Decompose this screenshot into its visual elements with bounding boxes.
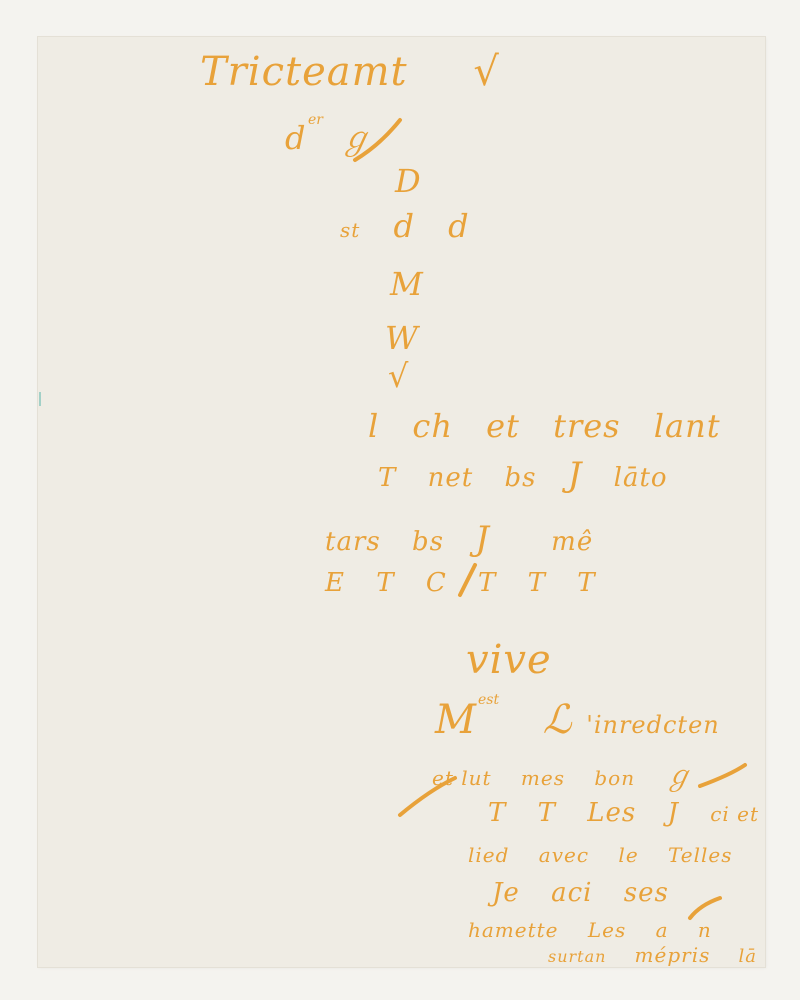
word: net bbox=[428, 465, 474, 491]
word: C bbox=[426, 570, 447, 596]
word: T bbox=[538, 800, 556, 826]
word: d bbox=[393, 210, 414, 242]
word: le bbox=[618, 845, 638, 865]
handwriting-line-7: √ bbox=[388, 360, 409, 392]
word: tars bbox=[325, 529, 381, 555]
word: mépris bbox=[635, 945, 711, 965]
handwriting-line-5: M bbox=[390, 268, 424, 300]
superscript: est bbox=[478, 692, 499, 708]
word: M bbox=[390, 268, 424, 300]
handwriting-line-14: et lut mes bon ℊ bbox=[432, 762, 693, 790]
word: 'inredcten bbox=[586, 713, 720, 737]
word: tres bbox=[553, 410, 621, 442]
word: ci et bbox=[710, 804, 759, 824]
word: bon bbox=[594, 768, 635, 788]
word: lied bbox=[468, 845, 509, 865]
word: M bbox=[435, 700, 477, 740]
word: J bbox=[475, 522, 490, 556]
word: et lut bbox=[432, 768, 492, 788]
word: a bbox=[656, 920, 669, 940]
word: lāto bbox=[614, 465, 668, 491]
handwriting-line-15: T T Les J ci et bbox=[488, 800, 759, 826]
word: J bbox=[568, 458, 583, 492]
checkmark-glyph: √ bbox=[473, 52, 500, 92]
word: T bbox=[376, 570, 394, 596]
word: mê bbox=[551, 529, 593, 555]
word: hamette bbox=[468, 920, 559, 940]
word: Tricteamt bbox=[200, 52, 408, 92]
handwriting-line-3: D bbox=[395, 165, 422, 197]
word: avec bbox=[539, 845, 589, 865]
word: T bbox=[528, 570, 546, 596]
word: ℒ bbox=[543, 700, 573, 740]
handwriting-line-1: Tricteamt √ bbox=[200, 52, 500, 92]
word: Je bbox=[492, 880, 520, 906]
handwriting-line-17: Je aci ses bbox=[492, 880, 669, 906]
word: D bbox=[395, 165, 422, 197]
checkmark-glyph: √ bbox=[388, 360, 409, 392]
handwriting-line-11: E T C T T T bbox=[325, 570, 596, 596]
word: surtan bbox=[548, 949, 606, 965]
word: W bbox=[385, 322, 419, 354]
handwriting-line-8: l ch et tres lant bbox=[368, 410, 721, 442]
word: J bbox=[667, 800, 678, 826]
word: bs bbox=[504, 465, 536, 491]
handwriting-line-19: surtan mépris lā bbox=[548, 945, 757, 966]
word: st bbox=[340, 220, 360, 240]
word: lant bbox=[654, 410, 721, 442]
word: aci bbox=[551, 880, 592, 906]
handwriting-line-18: hamette Les a n bbox=[468, 920, 712, 940]
word: bs bbox=[412, 529, 444, 555]
superscript: er bbox=[308, 112, 323, 128]
word: ℊ bbox=[664, 762, 693, 790]
word: ℊ bbox=[340, 122, 373, 154]
handwriting-line-6: W bbox=[385, 322, 419, 354]
handwriting-line-10: tars bs J mê bbox=[325, 522, 593, 556]
word: d bbox=[448, 210, 469, 242]
word: Telles bbox=[668, 845, 733, 865]
edge-mark bbox=[39, 392, 41, 406]
word: l bbox=[368, 410, 379, 442]
word: T bbox=[378, 465, 396, 491]
word: ch bbox=[412, 410, 453, 442]
handwriting-line-9: T net bs J lāto bbox=[378, 458, 668, 492]
word: E bbox=[325, 570, 345, 596]
handwriting-line-16: lied avec le Telles bbox=[468, 845, 733, 865]
word: ses bbox=[624, 880, 669, 906]
handwriting-line-4: st d d bbox=[340, 210, 470, 242]
word: d bbox=[285, 122, 306, 154]
word: et bbox=[486, 410, 520, 442]
word: T bbox=[577, 570, 595, 596]
word: mes bbox=[521, 768, 565, 788]
word: n bbox=[698, 920, 712, 940]
word: vive bbox=[466, 640, 552, 680]
word: T bbox=[488, 800, 506, 826]
word: T bbox=[478, 570, 496, 596]
word: Les bbox=[588, 920, 626, 940]
handwriting-line-2: d ℊ bbox=[285, 122, 373, 154]
word: Les bbox=[587, 800, 636, 826]
word: lā bbox=[738, 948, 757, 966]
handwriting-line-12: vive bbox=[466, 640, 552, 680]
